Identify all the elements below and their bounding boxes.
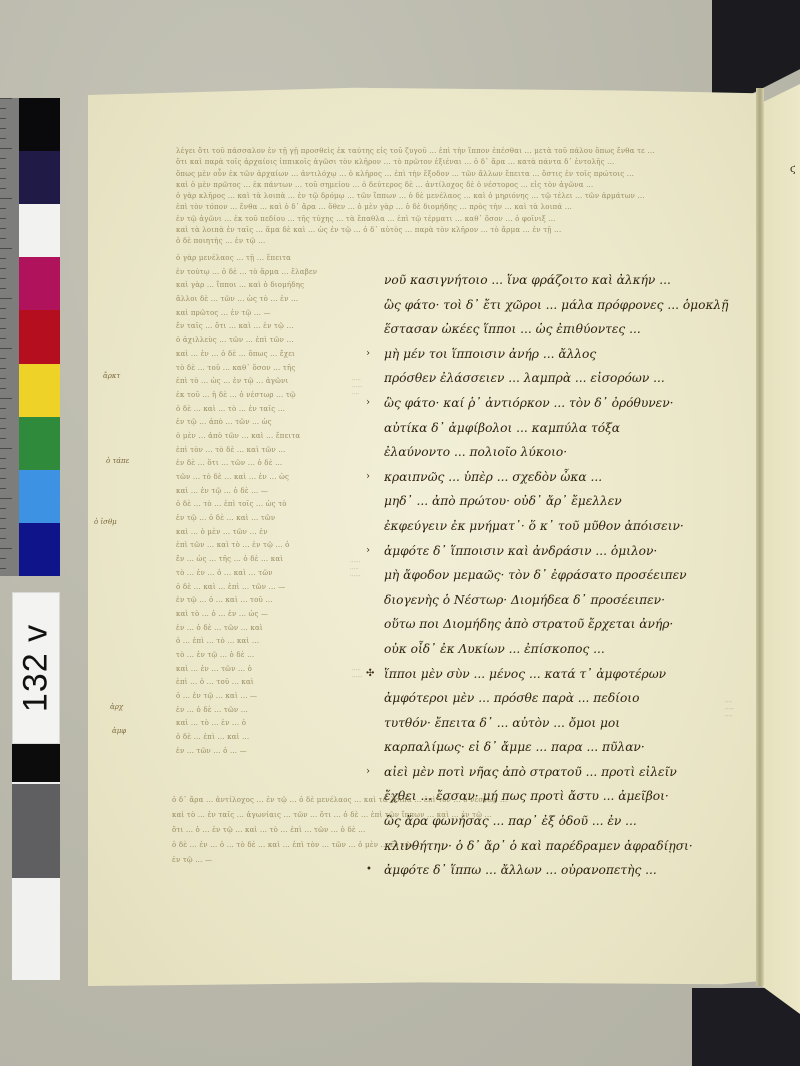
ruler-tick: [0, 368, 6, 369]
verse-line: αὐτίκα δ᾽ ἀμφίβολοι ... καμπύλα τόξα: [364, 416, 744, 441]
ruler-tick: [0, 348, 12, 349]
verse-line: ἕστασαν ὠκέες ἵπποι ... ὡς ἐπιθύοντες ..…: [364, 317, 744, 342]
ruler-tick: [0, 138, 6, 139]
verse-text: ἐκφεύγειν ἐκ μνήματ᾽· ὅ κ᾽ τοῦ μῦθον ἀπό…: [384, 519, 684, 533]
gray-swatch-black: [12, 744, 60, 782]
verse-text: ἐλαύνοντο ... πολιοῖο λύκοιο·: [384, 445, 567, 459]
folio-number: 132 v: [17, 624, 56, 712]
scholia-line: ὅπως μὲν οὖν ἐκ τῶν ἀρχαίων ... ἀντιλόχῳ…: [176, 169, 732, 180]
scholia-line: ἔν ταῖς ... ὅτι ... καὶ ... ἐν τῷ ...: [176, 320, 344, 334]
scholia-line: καὶ ... ἐν ... ὁ δὲ ... ὅπως ... ἔχει: [176, 348, 344, 362]
verse-line: ›ἀμφότε δ᾽ ἵπποισιν καὶ ἀνδράσιν ... ὁμι…: [364, 539, 744, 564]
verse-text: ἕστασαν ὠκέες ἵπποι ... ὡς ἐπιθύοντες ..…: [384, 322, 641, 336]
scholia-line: ὁ ἀχιλλεὺς ... τῶν ... ἐπὶ τῶν ...: [176, 334, 344, 348]
ruler-tick: [0, 128, 6, 129]
critical-sign-icon: ›: [366, 342, 370, 367]
color-swatch: [19, 204, 60, 257]
page-gutter: [756, 88, 764, 986]
verse-text: διογενὴς ὁ Νέστωρ· Διομήδεα δ᾽ προσέειπε…: [384, 593, 665, 607]
scholia-line: ἐν τῷ ... ὁ ... καὶ ... τοῦ ...: [176, 594, 344, 608]
verse-line: διογενὴς ὁ Νέστωρ· Διομήδεα δ᾽ προσέειπε…: [364, 588, 744, 613]
scholia-line: ἐν ... τῶν ... ὁ ... —: [176, 745, 344, 759]
scholia-line: καὶ ... ἐν τῷ ... ὁ δὲ ... —: [176, 485, 344, 499]
scholia-line: ὁ ... ἐν τῷ ... καὶ ... —: [176, 690, 344, 704]
ruler-tick: [0, 408, 6, 409]
verse-line: ›κραιπνῶς ... ὑπὲρ ... σχεδὸν ὦκα ...: [364, 465, 744, 490]
ruler-tick: [0, 218, 6, 219]
color-swatch: [19, 151, 60, 204]
verse-line: ἔχθει ... ἔσσαν· μή πως προτὶ ἄστυ ... ἀ…: [364, 784, 744, 809]
verse-line: ὣς ἄρα φωνήσας ... παρ᾽ ἐξ ὁδοῦ ... ἐν .…: [364, 809, 744, 834]
ruler-tick: [0, 528, 6, 529]
ruler-tick: [0, 568, 6, 569]
ruler-tick: [0, 538, 6, 539]
critical-sign-icon: ›: [366, 760, 370, 785]
verse-text: μὴ ἄφοδον μεμαῶς· τὸν δ᾽ ἐφράσατο προσέε…: [384, 568, 687, 582]
scholia-line: ὁ γὰρ κλῆρος ... καὶ τὰ λοιπὰ ... ἐν τῷ …: [176, 191, 732, 202]
verse-text: κραιπνῶς ... ὑπὲρ ... σχεδὸν ὦκα ...: [384, 470, 602, 484]
ruler-tick: [0, 108, 6, 109]
verse-text: ἀμφότε δ᾽ ἵπποισιν καὶ ἀνδράσιν ... ὁμιλ…: [384, 544, 657, 558]
interlinear-gloss: ·················: [350, 560, 361, 581]
verse-line: ›μὴ μέν τοι ἵπποισιν ἀνήρ ... ἄλλος: [364, 342, 744, 367]
scholia-line: καὶ τὰ λοιπὰ ἐν ταῖς ... ἅμα δὲ καὶ ... …: [176, 225, 732, 236]
verse-line: τυτθόν· ἔπειτα δ᾽ ... αὐτὸν ... ὄμοι μοι: [364, 711, 744, 736]
scholia-line: ἐν τούτῳ ... ὁ δὲ ... τὸ ἄρμα ... ἔλαβεν: [176, 266, 344, 280]
ruler-tick: [0, 288, 6, 289]
verse-text: ὣς φάτο· καί ῥ᾽ ἀντιόρκον ... τὸν δ᾽ ὀρό…: [384, 396, 674, 410]
main-text-column: νοῦ κασιγνήτοιο ... ἵνα φράζοιτο καὶ ἀλκ…: [364, 268, 744, 883]
verse-text: ἀμφότεροι μὲν ... πρόσθε παρὰ ... πεδίοι…: [384, 691, 639, 705]
scholia-line: ἐν τῷ ... ἀπὸ ... τῶν ... ὡς: [176, 416, 344, 430]
ruler-tick: [0, 428, 6, 429]
gray-swatch-white: [12, 878, 60, 980]
ruler-tick: [0, 318, 6, 319]
scholia-line: ἐπὶ ... ὁ ... τοῦ ... καὶ: [176, 676, 344, 690]
scholia-line: ὁ γὰρ μενέλαος ... τῇ ... ἔπειτα: [176, 252, 344, 266]
scholia-top-block: λέγει ὅτι τοῦ πάσσαλον ἐν τῇ γῇ προσθεὶς…: [176, 146, 732, 248]
margin-note: ὁ τάπε: [106, 457, 129, 465]
scholia-line: ἐπὶ τὸν ... τὸ δὲ ... καὶ τῶν ...: [176, 444, 344, 458]
ruler-tick: [0, 328, 6, 329]
verse-line: οὕτω ποι Διομήδης ἀπὸ στρατοῦ ἔρχεται ἀν…: [364, 612, 744, 637]
verse-text: οὕτω ποι Διομήδης ἀπὸ στρατοῦ ἔρχεται ἀν…: [384, 617, 673, 631]
verse-line: ✣ἵπποι μὲν σὺν ... μένος ... κατά τ᾽ ἀμφ…: [364, 662, 744, 687]
scholia-line: τῶν ... τὸ δὲ ... καὶ ... ἐν ... ὡς: [176, 471, 344, 485]
scholia-line: ἐπὶ τὸν τόπον ... ἔνθα ... καὶ ὁ δ᾽ ἄρα …: [176, 202, 732, 213]
ruler-tick: [0, 208, 6, 209]
verse-line: μηδ᾽ ... ἀπὸ πρώτου· οὐδ᾽ ἄρ᾽ ἔμελλεν: [364, 489, 744, 514]
verse-line: πρόσθεν ἐλάσσειεν ... λαμπρὰ ... εἰσορόω…: [364, 366, 744, 391]
ruler-tick: [0, 298, 12, 299]
scholia-line: καὶ τὸ ... ὁ ... ἐν ... ὡς —: [176, 608, 344, 622]
critical-sign-icon: ✣: [366, 662, 374, 687]
verse-text: καρπαλίμως· εἰ δ᾽ ἄμμε ... παρα ... πῦλα…: [384, 740, 645, 754]
ruler-tick: [0, 418, 6, 419]
scholia-line: ὁ δὲ ... τὸ ... ἐπὶ τοῖς ... ὡς τὸ: [176, 498, 344, 512]
interlinear-gloss: ···········: [352, 668, 363, 682]
ruler-tick: [0, 358, 6, 359]
ruler-tick: [0, 438, 6, 439]
verse-line: μὴ ἄφοδον μεμαῶς· τὸν δ᾽ ἐφράσατο προσέε…: [364, 563, 744, 588]
verse-line: νοῦ κασιγνήτοιο ... ἵνα φράζοιτο καὶ ἀλκ…: [364, 268, 744, 293]
scholia-line: ἐπὶ τὸ ... ὡς ... ἐν τῷ ... ἀγῶνι: [176, 375, 344, 389]
scholia-line: ὁ δὲ ... καὶ ... ἐπὶ ... τῶν ... —: [176, 581, 344, 595]
ruler-tick: [0, 548, 12, 549]
margin-note: ἄρκτ: [103, 372, 120, 380]
verse-text: μηδ᾽ ... ἀπὸ πρώτου· οὐδ᾽ ἄρ᾽ ἔμελλεν: [384, 494, 622, 508]
scholia-line: τὸ ... ἐν ... ὁ ... καὶ ... τῶν: [176, 567, 344, 581]
scholia-line: λέγει ὅτι τοῦ πάσσαλον ἐν τῇ γῇ προσθεὶς…: [176, 146, 732, 157]
verse-line: κλινθήτην· ὁ δ᾽ ἄρ᾽ ὁ καὶ παρέδραμεν ἀφρ…: [364, 834, 744, 859]
color-swatch: [19, 523, 60, 576]
ruler-tick: [0, 178, 6, 179]
scholia-line: ἐν τῷ ... ὁ δὲ ... καὶ ... τῶν: [176, 512, 344, 526]
ruler-tick: [0, 378, 6, 379]
verse-line: ἐλαύνοντο ... πολιοῖο λύκοιο·: [364, 440, 744, 465]
ruler-tick: [0, 228, 6, 229]
verse-line: ἀμφότεροι μὲν ... πρόσθε παρὰ ... πεδίοι…: [364, 686, 744, 711]
verse-text: ἀμφότε δ᾽ ἵππω ... ἄλλων ... οὐρανοπετὴς…: [384, 863, 657, 877]
scholia-line: ἐκ τοῦ ... ἡ δὲ ... ὁ νέστωρ ... τῷ: [176, 389, 344, 403]
verse-text: οὐκ οἶδ᾽ ἐκ Λυκίων ... ἐπίσκοπος ...: [384, 642, 605, 656]
verse-text: κλινθήτην· ὁ δ᾽ ἄρ᾽ ὁ καὶ παρέδραμεν ἀφρ…: [384, 839, 693, 853]
facing-page-mark: ϛ: [790, 164, 796, 175]
critical-sign-icon: •: [366, 858, 372, 883]
scholia-line: ὁ δὲ ... καὶ ... τὸ ... ἐν ταῖς ...: [176, 403, 344, 417]
ruler-tick: [0, 118, 6, 119]
ruler-tick: [0, 158, 6, 159]
critical-sign-icon: ›: [366, 465, 370, 490]
ruler-tick: [0, 308, 6, 309]
scholia-line: ὅτι καὶ παρὰ τοῖς ἀρχαίοις ἱππικοῖς ἀγῶσ…: [176, 157, 732, 168]
verse-text: αἰεὶ μὲν ποτὶ νῆας ἀπὸ στρατοῦ ... προτὶ…: [384, 765, 677, 779]
color-swatch: [19, 364, 60, 417]
ruler-tick: [0, 558, 6, 559]
verse-text: αὐτίκα δ᾽ ἀμφίβολοι ... καμπύλα τόξα: [384, 421, 620, 435]
facing-page: ϛ: [762, 84, 800, 1014]
ruler-tick: [0, 508, 6, 509]
color-swatch: [19, 417, 60, 470]
ruler-tick: [0, 488, 6, 489]
color-swatch: [19, 470, 60, 523]
scholia-line: τὸ δὲ ... τοῦ ... καθ᾽ ὅσον ... τῆς: [176, 362, 344, 376]
verse-line: ἐκφεύγειν ἐκ μνήματ᾽· ὅ κ᾽ τοῦ μῦθον ἀπό…: [364, 514, 744, 539]
verse-text: ὣς ἄρα φωνήσας ... παρ᾽ ἐξ ὁδοῦ ... ἐν .…: [384, 814, 637, 828]
verse-text: ὣς φάτο· τοὶ δ᾽ ἔτι χῶροι ... μάλα πρόφρ…: [384, 298, 728, 312]
ruler-tick: [0, 338, 6, 339]
ruler-tick: [0, 148, 12, 149]
ruler-tick: [0, 268, 6, 269]
scholia-line: καὶ πρῶτος ... ἐν τῷ ... —: [176, 307, 344, 321]
scholia-line: ὁ μὲν ... ἀπὸ τῶν ... καὶ ... ἔπειτα: [176, 430, 344, 444]
ruler-tick: [0, 388, 6, 389]
scholia-left-block: ὁ γὰρ μενέλαος ... τῇ ... ἔπειταἐν τούτῳ…: [176, 252, 344, 758]
verse-line: οὐκ οἶδ᾽ ἐκ Λυκίων ... ἐπίσκοπος ...: [364, 637, 744, 662]
scholia-line: ὁ ... ἐπὶ ... τὸ ... καὶ ...: [176, 635, 344, 649]
verse-text: ἵπποι μὲν σὺν ... μένος ... κατά τ᾽ ἀμφο…: [384, 667, 666, 681]
folio-label: 132 v: [12, 592, 60, 744]
ruler-tick: [0, 478, 6, 479]
scholia-line: ἐν ... ὁ δὲ ... τῶν ...: [176, 704, 344, 718]
verse-text: πρόσθεν ἐλάσσειεν ... λαμπρὰ ... εἰσορόω…: [384, 371, 665, 385]
margin-note: ὁ ἰσθμ: [94, 518, 117, 526]
folio-card: 132 v: [12, 592, 60, 980]
scholia-line: ὁ δὲ ... ἐπὶ ... καὶ ...: [176, 731, 344, 745]
scholia-line: καὶ ... ὁ μὲν ... τῶν ... ἐν: [176, 526, 344, 540]
scholia-line: καὶ ὁ μὲν πρῶτος ... ἐκ πάντων ... τοῦ σ…: [176, 180, 732, 191]
scholia-line: ἐν τῷ ἀγῶνι ... ἐκ τοῦ πεδίου ... τῆς τύ…: [176, 214, 732, 225]
ruler-tick: [0, 278, 6, 279]
ruler-tick: [0, 168, 6, 169]
color-swatch: [19, 310, 60, 363]
scholia-line: ἐν ... ὁ δὲ ... τῶν ... καὶ: [176, 622, 344, 636]
scholia-line: ἔν ... ὡς ... τῆς ... ὁ δὲ ... καὶ: [176, 553, 344, 567]
margin-note: ἀμφ: [112, 727, 126, 735]
ruler-tick: [0, 498, 12, 499]
color-calibration-strip: [19, 98, 60, 576]
ruler-tick: [0, 448, 12, 449]
ruler-tick: [0, 188, 6, 189]
ruler-tick: [0, 238, 6, 239]
verse-line: ›αἰεὶ μὲν ποτὶ νῆας ἀπὸ στρατοῦ ... προτ…: [364, 760, 744, 785]
scholia-line: καὶ ... ἐν ... τῶν ... ὁ: [176, 663, 344, 677]
verse-line: καρπαλίμως· εἰ δ᾽ ἄμμε ... παρα ... πῦλα…: [364, 735, 744, 760]
ruler-tick: [0, 398, 12, 399]
measurement-ruler: [0, 98, 21, 576]
ruler-tick: [0, 518, 6, 519]
margin-note: ἀρχ: [110, 703, 123, 711]
verse-line: ὣς φάτο· τοὶ δ᾽ ἔτι χῶροι ... μάλα πρόφρ…: [364, 293, 744, 318]
ruler-tick: [0, 258, 6, 259]
scholia-line: τὸ ... ἐν τῷ ... ὁ δὲ ...: [176, 649, 344, 663]
ruler-tick: [0, 458, 6, 459]
color-swatch: [19, 98, 60, 151]
ruler-tick: [0, 468, 6, 469]
color-swatch: [19, 257, 60, 310]
gray-swatch-mid: [12, 782, 60, 878]
scholia-line: ἄλλοι δὲ ... τῶν ... ὡς τὸ ... ἐν ...: [176, 293, 344, 307]
verse-line: ›ὣς φάτο· καί ῥ᾽ ἀντιόρκον ... τὸν δ᾽ ὀρ…: [364, 391, 744, 416]
verse-text: ἔχθει ... ἔσσαν· μή πως προτὶ ἄστυ ... ἀ…: [384, 789, 669, 803]
verse-text: τυτθόν· ἔπειτα δ᾽ ... αὐτὸν ... ὄμοι μοι: [384, 716, 620, 730]
scholia-line: ἐπὶ τῶν ... καὶ τὸ ... ἐν τῷ ... ὁ: [176, 539, 344, 553]
scholia-line: καὶ ... τὸ ... ἐν ... ὁ: [176, 717, 344, 731]
interlinear-gloss: ···············: [352, 378, 363, 399]
ruler-tick: [0, 198, 12, 199]
verse-text: μὴ μέν τοι ἵπποισιν ἀνήρ ... ἄλλος: [384, 347, 596, 361]
critical-sign-icon: ›: [366, 539, 370, 564]
verse-line: •ἀμφότε δ᾽ ἵππω ... ἄλλων ... οὐρανοπετὴ…: [364, 858, 744, 883]
verse-text: νοῦ κασιγνήτοιο ... ἵνα φράζοιτο καὶ ἀλκ…: [384, 273, 671, 287]
scholia-line: καὶ γὰρ ... ἵπποι ... καὶ ὁ διομήδης: [176, 279, 344, 293]
critical-sign-icon: ›: [366, 391, 370, 416]
scholia-line: ἐν δὲ ... ὅτι ... τῶν ... ὁ δὲ ...: [176, 457, 344, 471]
ruler-tick: [0, 98, 12, 99]
scholia-line: ὁ δὲ ποιητὴς ... ἐν τῷ ...: [176, 236, 732, 247]
ruler-tick: [0, 248, 12, 249]
